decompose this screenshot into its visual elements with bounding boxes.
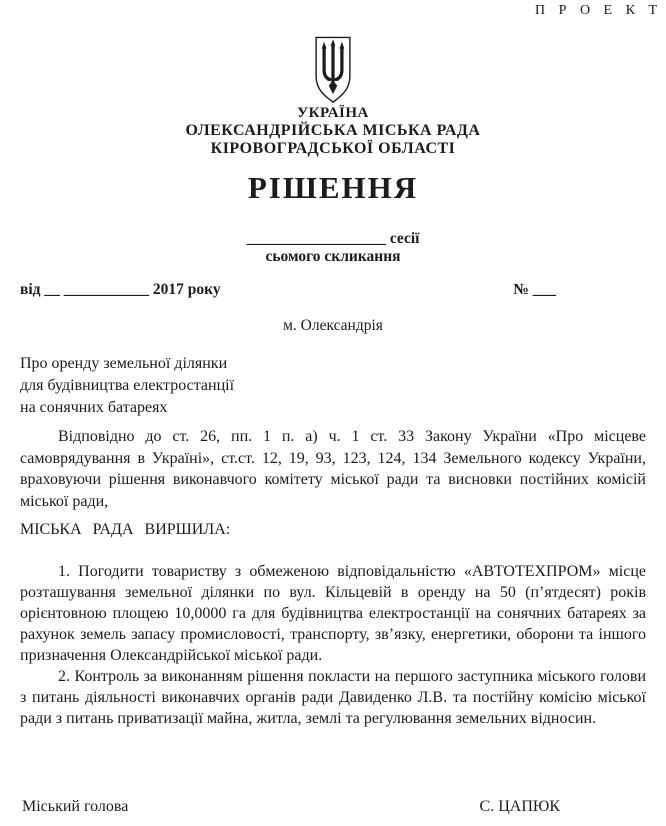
session-number-blank: __________________ — [246, 230, 386, 247]
number-blank: ___ — [533, 281, 556, 298]
city-line: м. Олександрія — [0, 317, 666, 335]
date-number-row: від __ ___________ 2017 року № ___ — [20, 281, 646, 299]
council-name: ОЛЕКСАНДРІЙСЬКА МІСЬКА РАДА — [0, 122, 666, 140]
resolution-items: 1. Погодити товариству з обмеженою відпо… — [20, 561, 646, 729]
session-word: сесії — [390, 230, 420, 247]
number-sign: № — [513, 281, 529, 298]
draft-label: П Р О Е К Т — [535, 3, 662, 19]
ukraine-trident-emblem-icon — [310, 36, 357, 109]
subject-block: Про оренду земельної ділянки для будівни… — [20, 353, 234, 419]
signature-title: Міський голова — [22, 798, 128, 816]
preamble-paragraph: Відповідно до ст. 26, пп. 1 п. а) ч. 1 с… — [20, 426, 646, 512]
signature-row: Міський голова С. ЦАПЮК — [22, 798, 646, 816]
subject-line: Про оренду земельної ділянки — [20, 353, 234, 375]
session-line: __________________ сесії — [0, 230, 666, 248]
document-page: П Р О Е К Т УКРАЇНА ОЛЕКСАНДРІЙСЬКА МІСЬ… — [0, 0, 666, 826]
subject-line: на сонячних батареях — [20, 397, 234, 419]
document-number: № ___ — [513, 281, 646, 299]
preamble-block: Відповідно до ст. 26, пп. 1 п. а) ч. 1 с… — [20, 426, 646, 512]
region-name: КІРОВОГРАДСЬКОЇ ОБЛАСТІ — [0, 140, 666, 158]
date-line: від __ ___________ 2017 року — [20, 281, 221, 299]
convocation-line: сьомого скликання — [0, 248, 666, 266]
resolution-item-1: 1. Погодити товариству з обмеженою відпо… — [20, 561, 646, 666]
country-name: УКРАЇНА — [0, 105, 666, 122]
resolved-heading: МІСЬКА РАДА ВИРШИЛА: — [20, 521, 230, 539]
resolution-item-2: 2. Контроль за виконанням рішення поклас… — [20, 666, 646, 729]
document-type-title: РІШЕННЯ — [0, 170, 666, 206]
subject-line: для будівництва електростанції — [20, 375, 234, 397]
signature-name: С. ЦАПЮК — [480, 798, 646, 816]
